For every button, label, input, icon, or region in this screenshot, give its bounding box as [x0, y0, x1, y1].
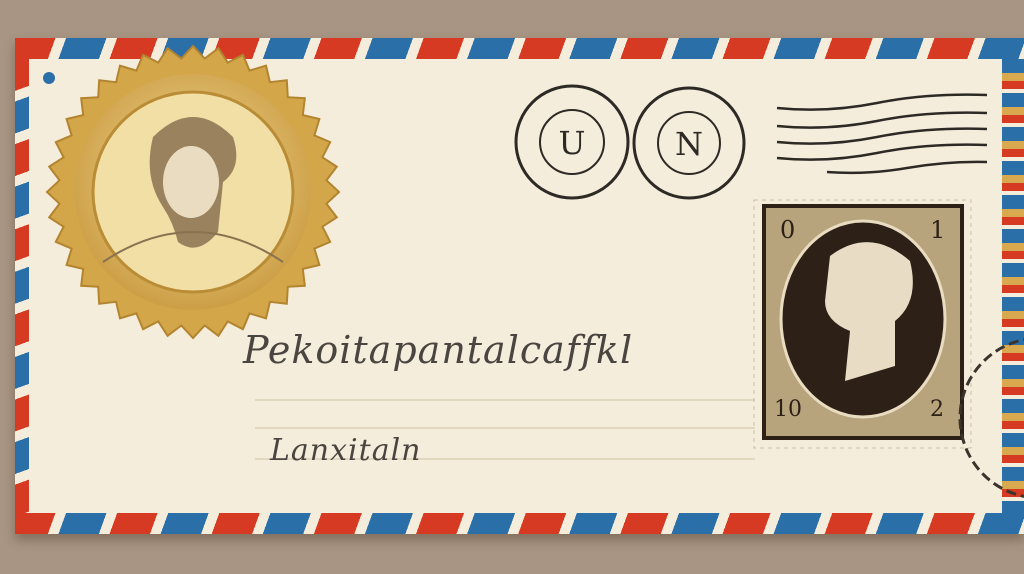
airmail-border-left — [15, 59, 29, 513]
cancellation-lines-icon — [772, 90, 992, 180]
envelope: U N 0 1 10 2 Pekoi — [15, 38, 1024, 534]
circular-postmark-icon — [955, 318, 1024, 518]
svg-text:10: 10 — [774, 397, 802, 422]
postmark-n-icon: N — [630, 84, 748, 202]
svg-text:1: 1 — [930, 216, 945, 244]
airmail-border-bottom — [15, 513, 1024, 534]
gold-seal-icon — [43, 42, 343, 342]
handwriting-line-2: Lanxitaln — [270, 433, 422, 468]
postmark-u-icon: U — [512, 82, 632, 202]
postage-stamp-icon: 0 1 10 2 — [750, 196, 975, 452]
svg-text:N: N — [675, 125, 703, 163]
handwriting-line-1: Pekoitapantalcaffkl — [243, 328, 633, 372]
svg-text:0: 0 — [780, 216, 795, 244]
svg-text:U: U — [559, 124, 586, 162]
svg-text:2: 2 — [930, 397, 944, 422]
